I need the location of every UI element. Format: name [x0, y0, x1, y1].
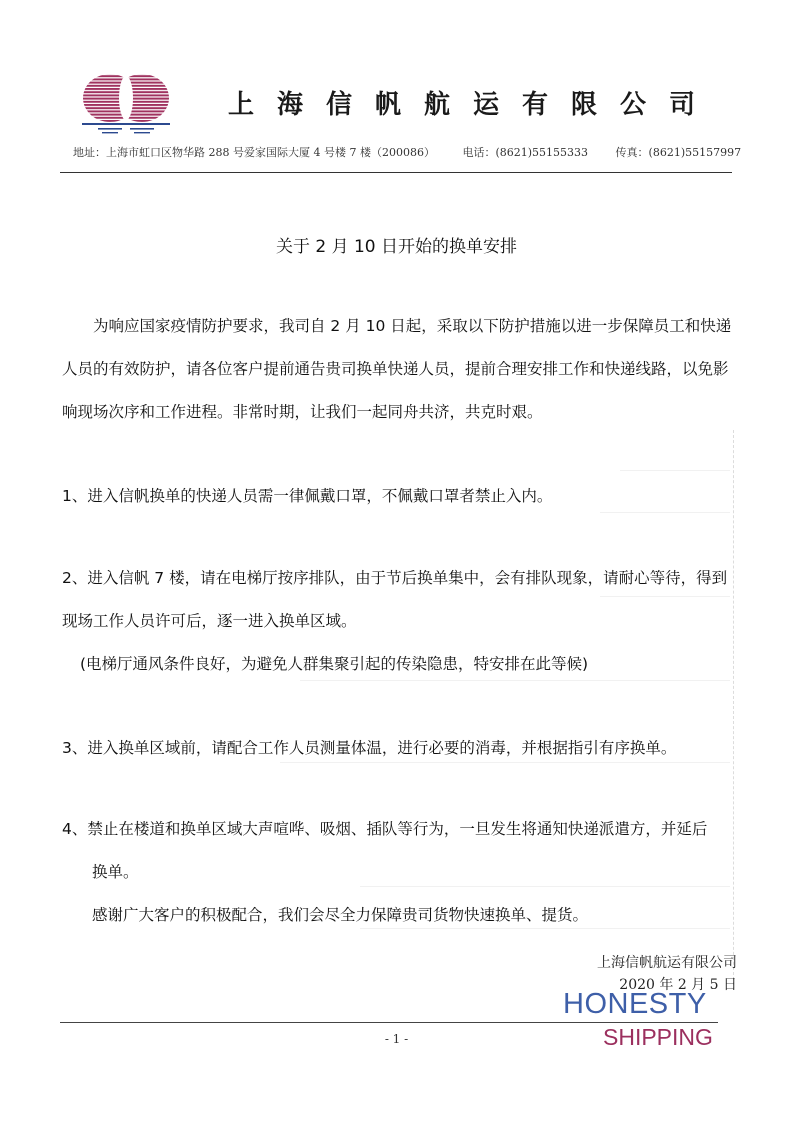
- item-4-line1: 4、禁止在楼道和换单区域大声喧哗、吸烟、插队等行为，一旦发生将通知快递派遣方，并…: [62, 817, 707, 839]
- brand-honesty: HONESTY: [563, 988, 707, 1021]
- fax-text: 传真：(8621)55157997: [616, 146, 742, 159]
- item-4-line2: 换单。: [92, 860, 139, 882]
- item-2: 2、进入信帆 7 楼，请在电梯厅按序排队，由于节后换单集中，会有排队现象，请耐心…: [62, 557, 734, 643]
- company-logo: [80, 72, 172, 136]
- item-1: 1、进入信帆换单的快递人员需一律佩戴口罩，不佩戴口罩者禁止入内。: [62, 484, 552, 506]
- watermark-line: [600, 512, 730, 513]
- company-name-heading: 上海信帆航运有限公司: [228, 84, 718, 121]
- contact-info: 地址：上海市虹口区物华路 288 号爱家国际大厦 4 号楼 7 楼（200086…: [73, 144, 741, 160]
- watermark-line: [620, 470, 730, 471]
- header-divider: [60, 172, 732, 173]
- watermark-line: [300, 680, 730, 681]
- item-2-note: (电梯厅通风条件良好，为避免人群集聚引起的传染隐患，特安排在此等候): [80, 652, 588, 674]
- closing-text: 感谢广大客户的积极配合，我们会尽全力保障贵司货物快速换单、提货。: [92, 903, 588, 925]
- watermark-line: [280, 762, 730, 763]
- document-title: 关于 2 月 10 日开始的换单安排: [0, 232, 793, 257]
- item-3: 3、进入换单区域前，请配合工作人员测量体温，进行必要的消毒，并根据指引有序换单。: [62, 736, 676, 758]
- page-number: - 1 -: [0, 1032, 793, 1046]
- signature-company: 上海信帆航运有限公司: [597, 952, 737, 972]
- watermark-line: [360, 886, 730, 887]
- watermark-edge: [733, 430, 734, 990]
- watermark-line: [360, 928, 730, 929]
- address-text: 地址：上海市虹口区物华路 288 号爱家国际大厦 4 号楼 7 楼（200086…: [73, 146, 435, 159]
- intro-paragraph: 为响应国家疫情防护要求，我司自 2 月 10 日起，采取以下防护措施以进一步保障…: [62, 305, 734, 434]
- phone-text: 电话：(8621)55155333: [462, 146, 588, 159]
- footer-divider: [60, 1022, 718, 1023]
